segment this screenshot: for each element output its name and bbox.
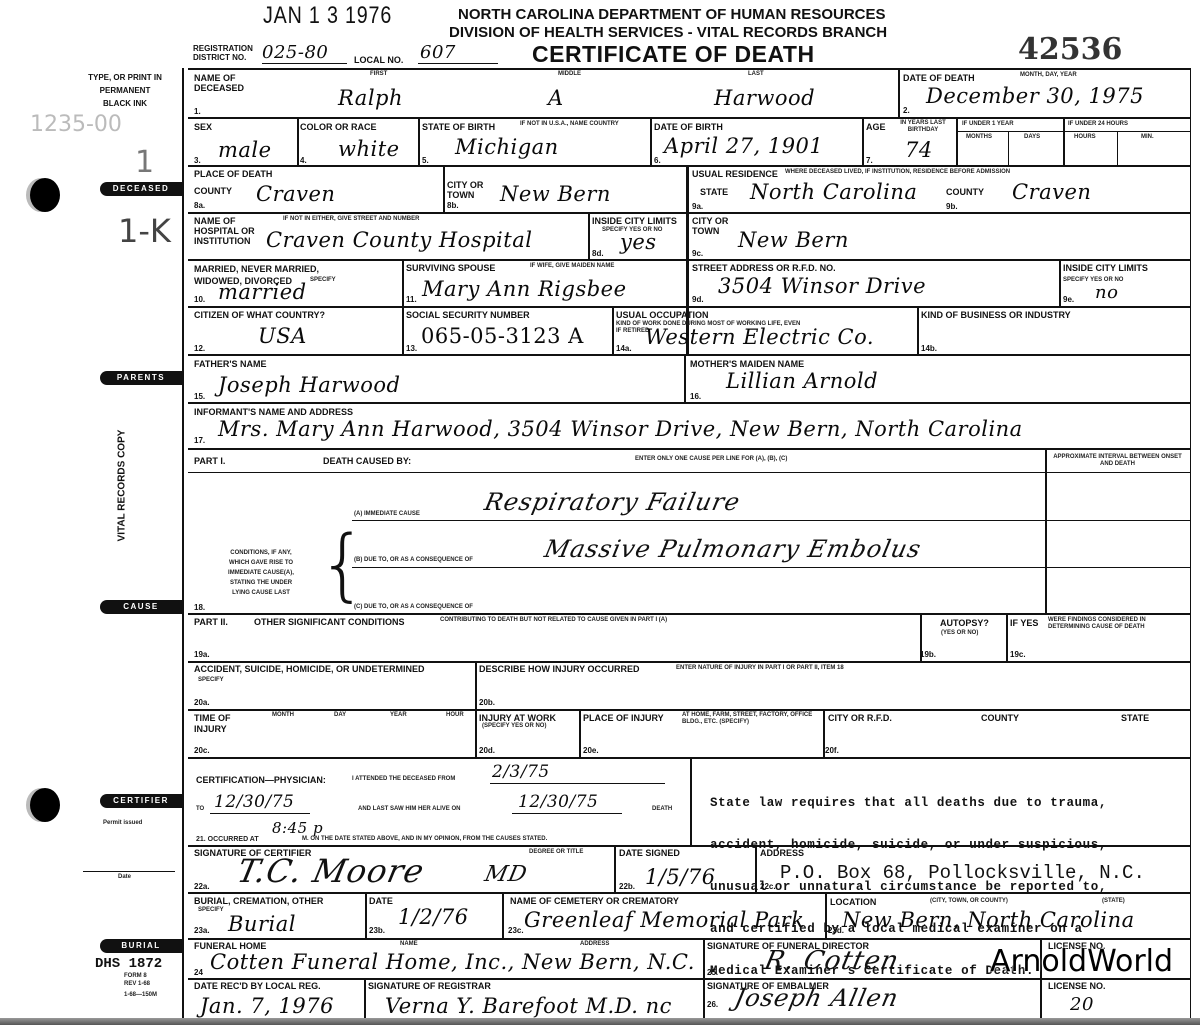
divider — [365, 892, 367, 938]
funeral-home: Cotten Funeral Home, Inc., New Bern, N.C… — [210, 950, 695, 974]
date-of-death-label: DATE OF DEATH — [903, 73, 975, 83]
city-rfd-label: CITY OR R.F.D. — [828, 713, 892, 723]
marital-specify: SPECIFY — [310, 277, 336, 284]
registrar-signature-label: SIGNATURE OF REGISTRAR — [368, 981, 491, 991]
social-security-number: 065-05-3123 A — [421, 324, 584, 348]
certifier-signature: T.C. Moore — [234, 852, 428, 890]
item-24: 24 — [194, 968, 203, 977]
degree-label: DEGREE OR TITLE — [529, 849, 583, 856]
item-19a: 19a. — [194, 650, 210, 659]
usual-occupation: Western Electric Co. — [645, 325, 874, 349]
date-received-label: DATE REC'D BY LOCAL REG. — [194, 981, 321, 991]
divider — [188, 117, 1190, 119]
punch-hole-top — [30, 178, 60, 212]
time-of-injury-label: TIME OF INJURY — [194, 713, 254, 735]
item-23a: 23a. — [194, 926, 210, 935]
date-signed-label: DATE SIGNED — [619, 848, 680, 858]
hospital-label: NAME OF HOSPITAL OR INSTITUTION — [194, 216, 264, 246]
item-9b: 9b. — [946, 202, 958, 211]
conditions-brace: { — [318, 525, 368, 605]
funeral-home-address-label: ADDRESS — [580, 941, 609, 948]
accident-specify: SPECIFY — [198, 677, 224, 684]
divider — [825, 892, 827, 938]
divider — [188, 259, 1190, 261]
to-label: TO — [196, 806, 204, 813]
inside-city-limits: yes — [620, 230, 657, 254]
attended-to-line — [210, 813, 310, 814]
street-label: STREET ADDRESS OR R.F.D. No. — [692, 263, 836, 273]
margin-handwritten-code: 1235-00 — [30, 112, 122, 137]
director-signature: R. Cotten — [762, 946, 902, 976]
race-label: COLOR OR RACE — [300, 122, 377, 132]
immediate-cause-label: (a) IMMEDIATE CAUSE — [354, 511, 420, 518]
section-tab-deceased: DECEASED — [100, 182, 182, 196]
item-4: 4. — [300, 156, 307, 165]
divider — [188, 709, 1190, 711]
item-16: 16. — [690, 392, 701, 401]
date-received: Jan. 7, 1976 — [200, 994, 334, 1018]
death-caused-by-label: DEATH CAUSED BY: — [323, 456, 411, 466]
occurred-label: 21. OCCURRED AT — [196, 836, 259, 843]
certifier-address: P.O. Box 68, Pollocksville, N.C. — [780, 862, 1145, 884]
item-14b: 14b. — [921, 344, 937, 353]
hour-label: HOUR — [446, 712, 464, 719]
part-1-label: PART I. — [194, 456, 225, 466]
last-name: Harwood — [714, 86, 815, 110]
due-to-b-label: (b) DUE TO, OR AS A CONSEQUENCE OF — [354, 557, 473, 564]
spouse-label: SURVIVING SPOUSE — [406, 263, 495, 273]
item-8d: 8d. — [592, 249, 604, 258]
death-city-label: CITY OR TOWN — [447, 180, 487, 200]
state-of-birth-label: STATE OF BIRTH — [422, 122, 495, 132]
res-inside-limits-label: INSIDE CITY LIMITS — [1063, 263, 1148, 273]
state-of-birth: Michigan — [455, 135, 559, 159]
date-of-death-sub: MONTH, DAY, YEAR — [1020, 72, 1077, 79]
attended-from-label: I ATTENDED THE DECEASED FROM — [352, 776, 455, 783]
res-county-label: COUNTY — [946, 187, 984, 197]
year-label: YEAR — [390, 712, 407, 719]
divider — [614, 845, 616, 892]
margin-handwritten-mark: 1 — [135, 145, 154, 180]
residence-inside-limits: no — [1095, 282, 1118, 303]
divider — [917, 306, 919, 354]
mother-maiden-name: Lillian Arnold — [726, 369, 878, 393]
father-name: Joseph Harwood — [218, 373, 401, 397]
injury-county-label: COUNTY — [981, 713, 1019, 723]
divider — [188, 472, 1190, 473]
item-20b: 20b. — [479, 698, 495, 707]
department-heading: NORTH CAROLINA DEPARTMENT OF HUMAN RESOU… — [458, 6, 886, 23]
section-tab-parents: PARENTS — [100, 371, 182, 385]
enter-one-cause-note: ENTER ONLY ONE CAUSE PER LINE FOR (a), (… — [635, 456, 787, 463]
last-saw-line — [512, 813, 622, 814]
certificate-title: CERTIFICATE OF DEATH — [532, 41, 815, 68]
certification-label: CERTIFICATION—PHYSICIAN: — [196, 775, 326, 785]
item-25: 25. — [707, 968, 718, 977]
divider — [188, 165, 1190, 167]
divider — [755, 845, 757, 892]
form-id: DHS 1872 — [95, 956, 162, 972]
margin-date-label: Date — [118, 874, 131, 881]
dob-label: DATE OF BIRTH — [654, 122, 723, 132]
burial-date-label: DATE — [369, 896, 393, 906]
at-work-sub: (SPECIFY YES OR NO) — [482, 723, 546, 730]
item-20e: 20e. — [583, 746, 599, 755]
divider — [188, 306, 1190, 308]
vital-records-copy-label: VITAL RECORDS COPY — [117, 426, 128, 546]
due-to-b-cause: Massive Pulmonary Embolus — [542, 535, 924, 563]
funeral-home-name-label: NAME — [400, 941, 418, 948]
cause-line-b — [352, 567, 1190, 568]
divider — [188, 212, 1190, 214]
received-stamp-date: JAN 1 3 1976 — [263, 2, 392, 30]
item-2: 2. — [903, 106, 910, 115]
item-22b: 22b. — [619, 882, 635, 891]
conditions-note: CONDITIONS, IF ANY, WHICH GAVE RISE TO I… — [215, 548, 307, 598]
date-of-death: December 30, 1975 — [926, 84, 1144, 108]
informant-label: INFORMANT'S NAME AND ADDRESS — [194, 407, 353, 417]
bottom-edge-shadow — [0, 1018, 1200, 1025]
section-tab-certifier: CERTIFIER — [100, 794, 182, 808]
embalmer-license: 20 — [1070, 994, 1094, 1015]
divider — [898, 68, 900, 117]
item-3: 3. — [194, 156, 201, 165]
place-of-death-label: PLACE OF DEATH — [194, 169, 272, 179]
form-right-border — [1190, 68, 1191, 1018]
divider — [579, 709, 581, 757]
middle-name: A — [548, 86, 564, 110]
residence-state: North Carolina — [750, 180, 917, 204]
item-9a: 9a. — [692, 202, 703, 211]
local-underline — [418, 63, 498, 64]
hours-label: HOURS — [1074, 134, 1096, 141]
item-9c: 9c. — [692, 249, 703, 258]
months-label: MONTHS — [966, 134, 992, 141]
under-1-year-label: IF UNDER 1 YEAR — [962, 121, 1014, 128]
divider — [188, 402, 1190, 404]
local-number-label: LOCAL NO. — [354, 55, 403, 65]
usual-residence-label: USUAL RESIDENCE — [692, 169, 778, 179]
divider — [1059, 259, 1061, 306]
date-of-birth: April 27, 1901 — [664, 134, 823, 158]
due-to-c-label: (c) DUE TO, OR AS A CONSEQUENCE OF — [354, 604, 473, 611]
item-9d: 9d. — [692, 295, 704, 304]
item-20c: 20c. — [194, 746, 210, 755]
divider — [418, 117, 420, 165]
at-work-label: INJURY AT WORK — [479, 713, 556, 723]
item-6: 6. — [654, 156, 661, 165]
business-label: KIND OF BUSINESS OR INDUSTRY — [921, 310, 1071, 320]
informant: Mrs. Mary Ann Harwood, 3504 Winsor Drive… — [218, 417, 1023, 441]
interval-label: APPROXIMATE INTERVAL BETWEEN ONSET AND D… — [1050, 454, 1185, 468]
item-22a: 22a. — [194, 882, 210, 891]
citizenship: USA — [258, 324, 307, 348]
margin-instructions: TYPE, OR PRINT IN PERMANENT BLACK INK — [78, 71, 172, 110]
mother-label: MOTHER'S MAIDEN NAME — [690, 359, 804, 369]
hospital: Craven County Hospital — [266, 228, 532, 252]
division-heading: DIVISION OF HEALTH SERVICES - VITAL RECO… — [449, 24, 887, 41]
attended-from-line — [490, 783, 665, 784]
street-address: 3504 Winsor Drive — [718, 274, 926, 298]
item-17: 17. — [194, 436, 205, 445]
divider — [1006, 613, 1008, 661]
first-name: Ralph — [338, 86, 403, 110]
month-label: MONTH — [272, 712, 294, 719]
divider — [650, 117, 652, 165]
citizen-label: CITIZEN OF WHAT COUNTRY? — [194, 310, 325, 320]
divider — [188, 892, 1190, 894]
other-conditions-label: OTHER SIGNIFICANT CONDITIONS — [254, 617, 405, 627]
disposition-label: BURIAL, CREMATION, OTHER — [194, 896, 323, 906]
divider — [1117, 131, 1118, 165]
margin-date-line — [83, 871, 175, 872]
permit-issued-note: Permit issued — [103, 820, 142, 827]
divider — [188, 354, 1190, 356]
divider — [956, 131, 1190, 132]
item-9e: 9e. — [1063, 295, 1074, 304]
district-underline — [262, 63, 347, 64]
day-label: DAY — [334, 712, 346, 719]
location-state-sub: (STATE) — [1102, 898, 1125, 905]
cause-line-a — [352, 520, 1190, 521]
item-7: 7. — [866, 156, 873, 165]
findings-label: WERE FINDINGS CONSIDERED IN DETERMINING … — [1048, 617, 1188, 631]
item-11: 11. — [406, 295, 417, 304]
item-26: 26. — [707, 1000, 718, 1009]
divider — [188, 757, 1190, 759]
name-label: NAME OF DECEASED — [194, 73, 254, 93]
divider — [956, 117, 958, 165]
surviving-spouse: Mary Ann Rigsbee — [422, 277, 627, 301]
divider — [402, 259, 404, 306]
item-20d: 20d. — [479, 746, 495, 755]
form-top-border — [188, 68, 1190, 70]
res-state-label: STATE — [700, 187, 728, 197]
registration-district-label: REGISTRATION DISTRICT NO. — [193, 44, 263, 62]
divider — [1008, 131, 1009, 165]
residence-city: New Bern — [738, 228, 849, 252]
describe-injury-label: DESCRIBE HOW INJURY OCCURRED — [479, 664, 640, 674]
item-23c: 23c. — [508, 926, 524, 935]
item-5: 5. — [422, 156, 429, 165]
registrar-signature: Verna Y. Barefoot M.D. nc — [385, 994, 672, 1018]
attended-from: 2/3/75 — [492, 762, 550, 782]
item-18: 18. — [194, 603, 205, 612]
age-label: AGE — [866, 122, 886, 132]
occupation-label: USUAL OCCUPATION — [616, 310, 709, 320]
ssn-label: SOCIAL SECURITY NUMBER — [406, 310, 530, 320]
section-tab-cause: CAUSE — [100, 600, 182, 614]
res-city-label: CITY OR TOWN — [692, 216, 732, 236]
item-8b: 8b. — [447, 201, 459, 210]
first-label: FIRST — [370, 71, 387, 78]
days-label: DAYS — [1024, 134, 1040, 141]
embalmer-signature: Joseph Allen — [732, 984, 901, 1012]
divider — [443, 165, 445, 212]
burial-location: New Bern, North Carolina — [842, 908, 1135, 932]
embalmer-license-label: LICENSE NO. — [1048, 981, 1106, 991]
divider — [690, 757, 692, 845]
cemetery-label: NAME OF CEMETERY OR CREMATORY — [510, 896, 679, 906]
place-of-injury-sub: AT HOME, FARM, STREET, FACTORY, OFFICE B… — [682, 712, 824, 726]
item-1: 1. — [194, 107, 201, 116]
location-sub: (CITY, TOWN, OR COUNTY) — [930, 898, 1008, 905]
attended-to: 12/30/75 — [214, 792, 294, 812]
father-label: FATHER'S NAME — [194, 359, 266, 369]
divider — [188, 845, 1190, 847]
divider — [502, 892, 504, 938]
sex-label: SEX — [194, 122, 212, 132]
state-of-birth-sub: IF NOT IN U.S.A., NAME COUNTRY — [520, 121, 619, 128]
death-county: Craven — [256, 182, 335, 206]
death-label: DEATH — [652, 806, 672, 813]
certificate-number: 42536 — [1018, 32, 1122, 67]
divider — [862, 117, 864, 165]
item-12: 12. — [194, 344, 205, 353]
divider — [402, 306, 404, 354]
occurred-time: 8:45 p — [272, 819, 323, 837]
section-tab-burial: BURIAL — [100, 939, 182, 953]
cemetery: Greenleaf Memorial Park — [524, 908, 804, 932]
item-22c: 22c. — [760, 882, 776, 891]
item-19b: 19b. — [920, 650, 936, 659]
form-left-border — [182, 68, 184, 1018]
min-label: MIN. — [1141, 134, 1154, 141]
registration-district-value: 025-80 — [262, 42, 328, 63]
location-label: LOCATION — [830, 897, 876, 907]
divider — [612, 306, 614, 354]
certifier-address-label: ADDRESS — [760, 848, 804, 858]
immediate-cause: Respiratory Failure — [482, 488, 743, 516]
burial-date: 1/2/76 — [398, 905, 469, 929]
divider — [364, 978, 366, 1018]
arnoldworld-watermark: ArnoldWorld — [990, 944, 1173, 979]
item-8a: 8a. — [194, 201, 205, 210]
item-10: 10. — [194, 295, 205, 304]
age: 74 — [905, 138, 933, 162]
local-number-value: 607 — [420, 42, 456, 63]
sex: male — [218, 138, 272, 162]
divider — [188, 661, 1190, 663]
under-24-hours-label: IF UNDER 24 HOURS — [1068, 121, 1128, 128]
accident-label: ACCIDENT, SUICIDE, HOMICIDE, OR UNDETERM… — [194, 664, 425, 674]
age-sub: IN YEARS LAST BIRTHDAY — [893, 120, 953, 134]
divider — [588, 212, 590, 259]
last-saw-label: AND LAST SAW HIM HER ALIVE ON — [358, 806, 460, 813]
divider — [297, 117, 299, 165]
punch-hole-bottom — [30, 788, 60, 822]
residence-county: Craven — [1012, 180, 1091, 204]
form-sub: FORM 8 REV 1-68 1-68—150M — [124, 972, 157, 999]
death-county-label: COUNTY — [194, 186, 232, 196]
item-23b: 23b. — [369, 926, 385, 935]
divider — [684, 354, 686, 402]
divider — [188, 448, 1190, 450]
item-14a: 14a. — [616, 344, 632, 353]
item-20a: 20a. — [194, 698, 210, 707]
hospital-sub: IF NOT IN EITHER, GIVE STREET AND NUMBER — [283, 216, 419, 223]
middle-label: MIDDLE — [558, 71, 581, 78]
margin-handwritten-code2: 1-K — [118, 212, 171, 250]
disposition: Burial — [228, 912, 296, 936]
item-19c: 19c. — [1010, 650, 1026, 659]
death-city: New Bern — [500, 182, 611, 206]
occurred-rest: M. ON THE DATE STATED ABOVE, AND IN MY O… — [302, 836, 547, 843]
item-13: 13. — [406, 344, 417, 353]
place-of-injury-label: PLACE OF INJURY — [583, 713, 664, 723]
last-label: LAST — [748, 71, 764, 78]
describe-injury-sub: ENTER NATURE OF INJURY IN PART I OR PART… — [676, 665, 844, 672]
inside-limits-label: INSIDE CITY LIMITS — [592, 216, 677, 226]
autopsy-label: AUTOPSY? — [940, 618, 989, 628]
disposition-specify: SPECIFY — [198, 907, 224, 914]
if-yes-label: IF YES — [1010, 618, 1038, 628]
injury-state-label: STATE — [1121, 713, 1149, 723]
date-signed: 1/5/76 — [645, 865, 716, 889]
usual-residence-sub: WHERE DECEASED LIVED, IF INSTITUTION, RE… — [785, 169, 1010, 176]
divider — [188, 613, 1190, 615]
certifier-degree: MD — [482, 862, 529, 887]
item-20f: 20f. — [825, 746, 839, 755]
autopsy-sub: (YES OR NO) — [941, 630, 978, 637]
race: white — [338, 137, 400, 161]
spouse-sub: IF WIFE, GIVE MAIDEN NAME — [530, 263, 614, 270]
marital-status: married — [218, 280, 307, 304]
other-conditions-sub: CONTRIBUTING TO DEATH BUT NOT RELATED TO… — [440, 617, 667, 624]
part-2-label: PART II. — [194, 617, 228, 627]
last-saw-alive: 12/30/75 — [518, 792, 598, 812]
item-15: 15. — [194, 392, 205, 401]
divider — [1063, 117, 1065, 165]
